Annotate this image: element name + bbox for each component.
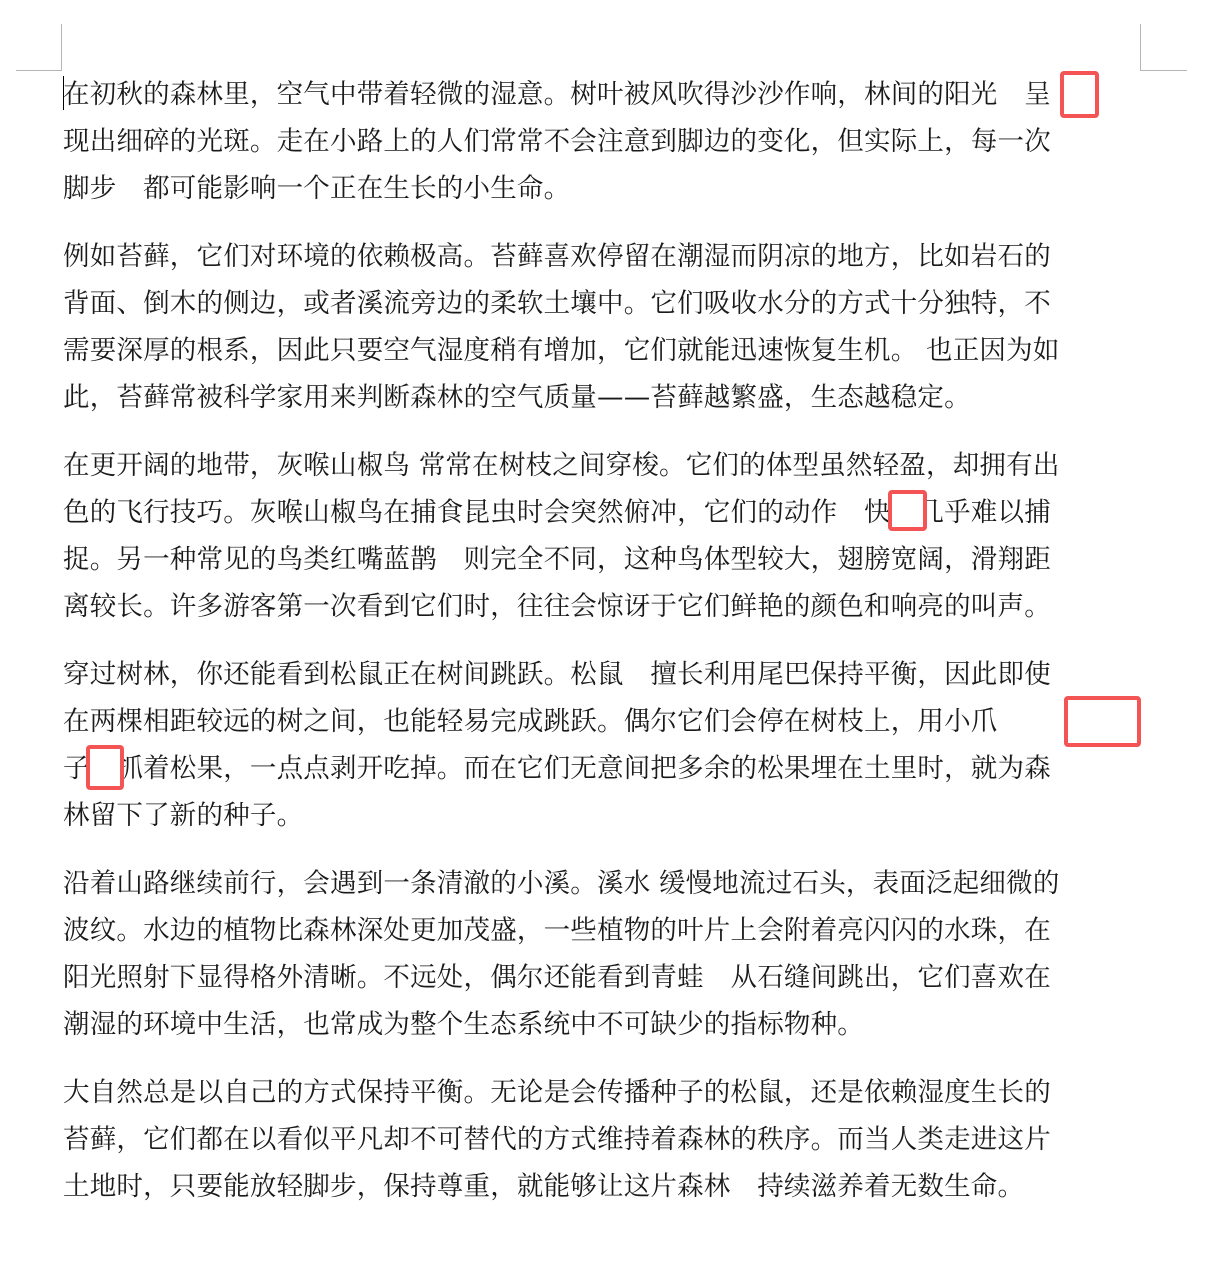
highlight-box-2	[888, 490, 927, 531]
text-line: 林留下了新的种子。	[63, 792, 1129, 839]
paragraph-6: 大自然总是以自己的方式保持平衡。无论是会传播种子的松鼠，还是依赖湿度生长的 苔藓…	[63, 1069, 1129, 1210]
margin-corner-top-right	[1140, 24, 1187, 71]
text-line: 土地时，只要能放轻脚步，保持尊重，就能够让这片森林 持续滋养着无数生命。	[63, 1163, 1129, 1210]
text-line: 捉。另一种常见的鸟类红嘴蓝鹊 则完全不同，这种鸟体型较大，翅膀宽阔，滑翔距	[63, 536, 1129, 583]
text-cursor	[63, 76, 64, 110]
text-line: 需要深厚的根系，因此只要空气湿度稍有增加，它们就能迅速恢复生机。 也正因为如	[63, 327, 1129, 374]
text-line: 此，苔藓常被科学家用来判断森林的空气质量——苔藓越繁盛，生态越稳定。	[63, 374, 1129, 421]
highlight-box-3	[1064, 696, 1141, 747]
text-line: 子 抓着松果，一点点剥开吃掉。而在它们无意间把多余的松果埋在土里时，就为森	[63, 745, 1129, 792]
paragraph-5: 沿着山路继续前行，会遇到一条清澈的小溪。溪水 缓慢地流过石头，表面泛起细微的 波…	[63, 860, 1129, 1048]
text-line: 苔藓，它们都在以看似平凡却不可替代的方式维持着森林的秩序。而当人类走进这片	[63, 1116, 1129, 1163]
text-line: 离较长。许多游客第一次看到它们时，往往会惊讶于它们鲜艳的颜色和响亮的叫声。	[63, 583, 1129, 630]
text-line: 色的飞行技巧。灰喉山椒鸟在捕食昆虫时会突然俯冲，它们的动作 快得几乎难以捕	[63, 489, 1129, 536]
text-line: 现出细碎的光斑。走在小路上的人们常常不会注意到脚边的变化，但实际上，每一次	[63, 118, 1129, 165]
text-line: 例如苔藓，它们对环境的依赖极高。苔藓喜欢停留在潮湿而阴凉的地方，比如岩石的	[63, 233, 1129, 280]
text-line: 脚步 都可能影响一个正在生长的小生命。	[63, 165, 1129, 212]
text-line: 阳光照射下显得格外清晰。不远处，偶尔还能看到青蛙 从石缝间跳出，它们喜欢在	[63, 954, 1129, 1001]
highlight-box-1	[1060, 71, 1099, 118]
text-line: 波纹。水边的植物比森林深处更加茂盛，一些植物的叶片上会附着亮闪闪的水珠，在	[63, 907, 1129, 954]
highlight-box-4	[86, 745, 124, 790]
text-line: 在初秋的森林里，空气中带着轻微的湿意。树叶被风吹得沙沙作响，林间的阳光 呈	[63, 71, 1129, 118]
paragraph-4: 穿过树林，你还能看到松鼠正在树间跳跃。松鼠 擅长利用尾巴保持平衡，因此即使 在两…	[63, 651, 1129, 839]
text-line: 穿过树林，你还能看到松鼠正在树间跳跃。松鼠 擅长利用尾巴保持平衡，因此即使	[63, 651, 1129, 698]
text-line: 在更开阔的地带，灰喉山椒鸟 常常在树枝之间穿梭。它们的体型虽然轻盈，却拥有出	[63, 442, 1129, 489]
margin-corner-top-left	[16, 24, 62, 71]
text-line: 在两棵相距较远的树之间，也能轻易完成跳跃。偶尔它们会停在树枝上，用小爪	[63, 698, 1129, 745]
paragraph-1: 在初秋的森林里，空气中带着轻微的湿意。树叶被风吹得沙沙作响，林间的阳光 呈 现出…	[63, 71, 1129, 212]
text-line: 潮湿的环境中生活，也常成为整个生态系统中不可缺少的指标物种。	[63, 1001, 1129, 1048]
document-body[interactable]: 在初秋的森林里，空气中带着轻微的湿意。树叶被风吹得沙沙作响，林间的阳光 呈 现出…	[63, 71, 1129, 1231]
paragraph-3: 在更开阔的地带，灰喉山椒鸟 常常在树枝之间穿梭。它们的体型虽然轻盈，却拥有出 色…	[63, 442, 1129, 630]
text-line: 背面、倒木的侧边，或者溪流旁边的柔软土壤中。它们吸收水分的方式十分独特，不	[63, 280, 1129, 327]
text-line: 大自然总是以自己的方式保持平衡。无论是会传播种子的松鼠，还是依赖湿度生长的	[63, 1069, 1129, 1116]
paragraph-2: 例如苔藓，它们对环境的依赖极高。苔藓喜欢停留在潮湿而阴凉的地方，比如岩石的 背面…	[63, 233, 1129, 421]
text-line: 沿着山路继续前行，会遇到一条清澈的小溪。溪水 缓慢地流过石头，表面泛起细微的	[63, 860, 1129, 907]
